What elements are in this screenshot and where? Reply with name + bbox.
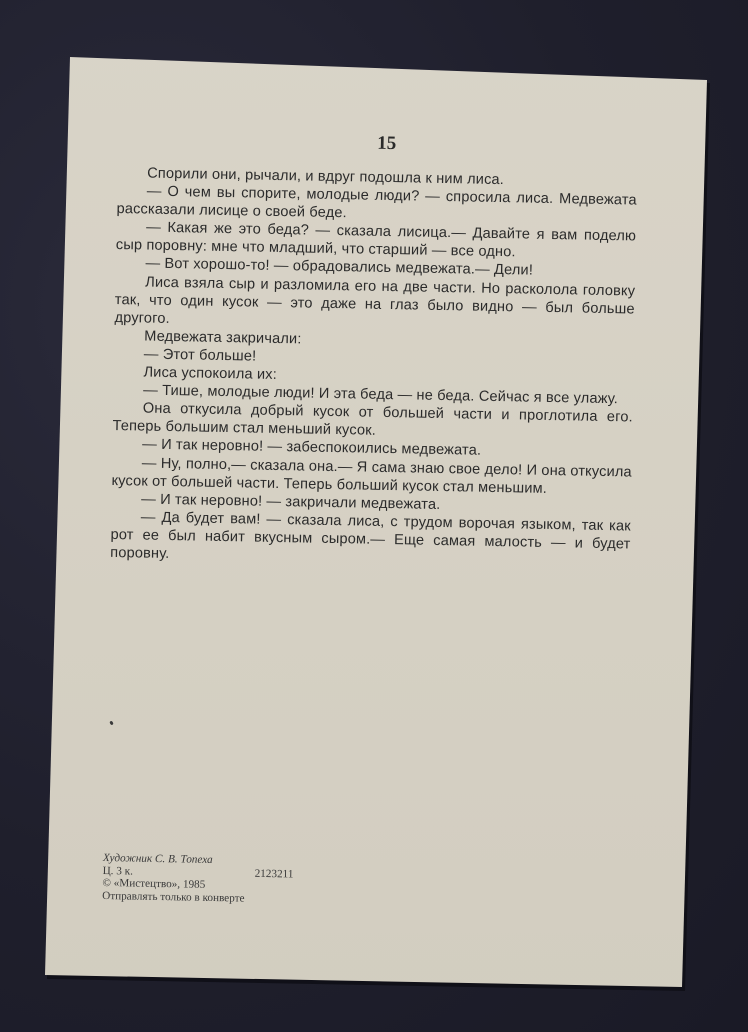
paragraph: Лиса взяла сыр и разломила его на две ча… — [114, 273, 635, 337]
price: Ц. 3 к. — [103, 865, 134, 878]
colophon: Художник С. В. Топеха Ц. 3 к. 2123211 © … — [102, 852, 323, 906]
catalog-code: 2123211 — [255, 867, 294, 880]
page-content: 15 Спорили они, рычали, и вдруг подошла … — [110, 128, 638, 572]
story-text: Спорили они, рычали, и вдруг подошла к н… — [110, 164, 637, 572]
paragraph: — Да будет вам! — сказала лиса, с трудом… — [110, 508, 631, 572]
